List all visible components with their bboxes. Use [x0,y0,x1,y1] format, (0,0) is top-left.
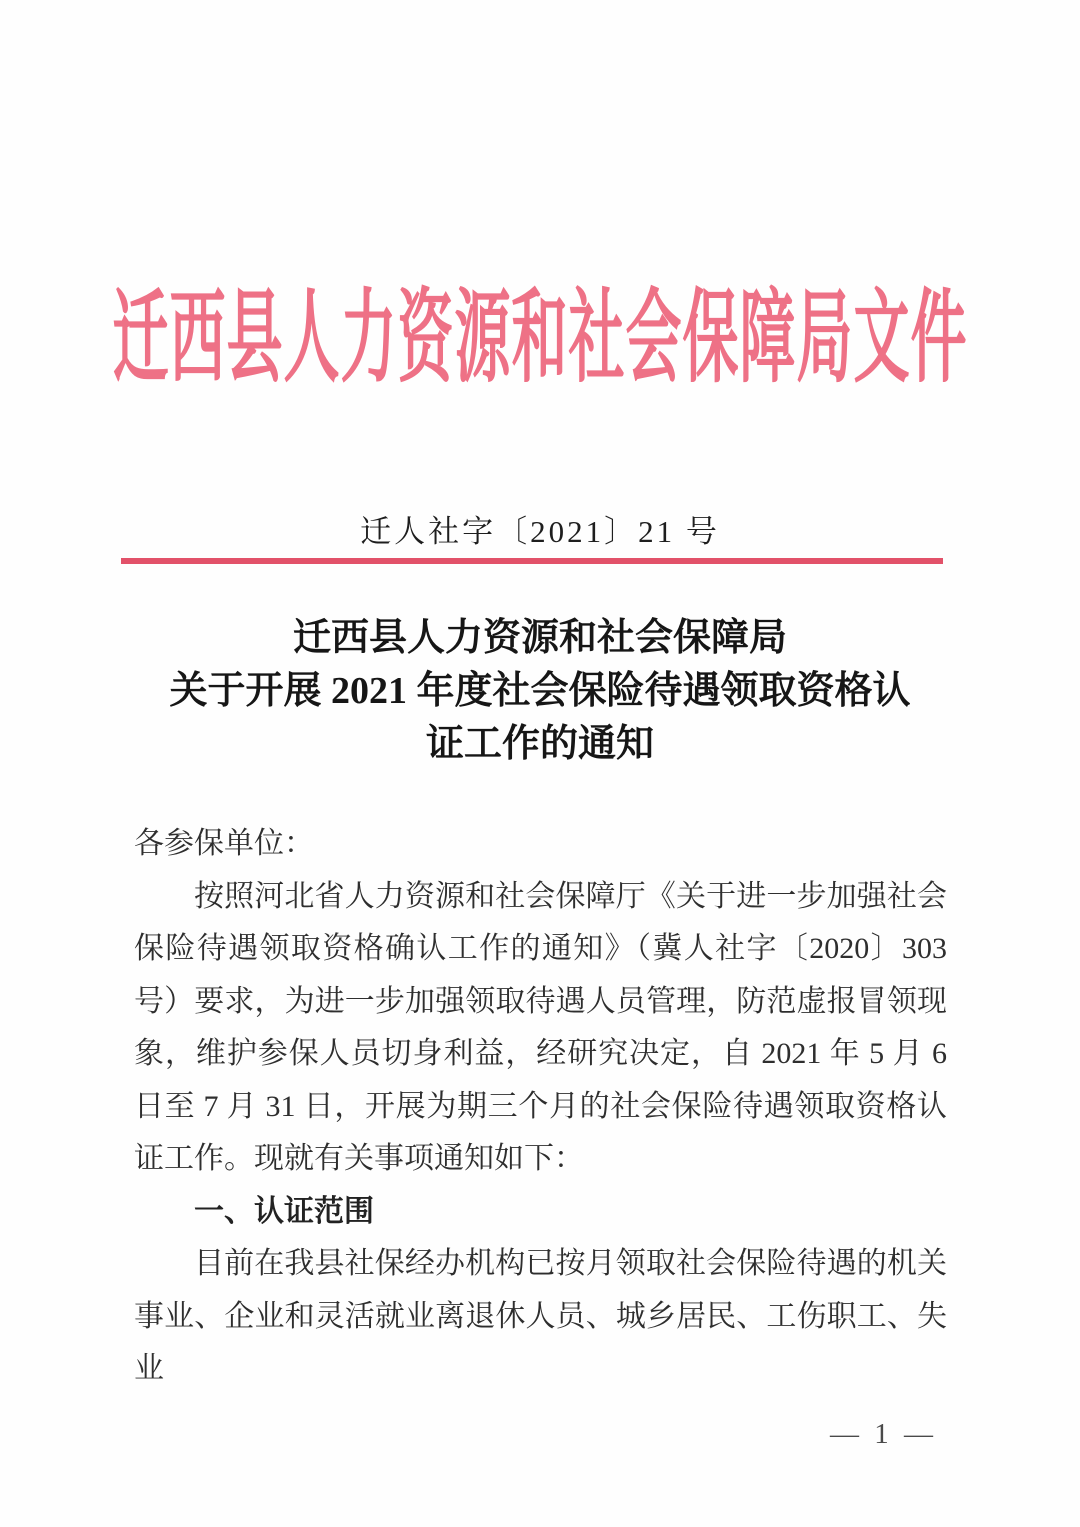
document-title-line-1: 迁西县人力资源和社会保障局 [70,612,1010,665]
section-1-paragraph: 目前在我县社保经办机构已按月领取社会保险待遇的机关事业、企业和灵活就业离退休人员… [134,1238,947,1396]
red-header-banner: 迁西县人力资源和社会保障局文件 [0,258,1080,408]
red-header-banner-title: 迁西县人力资源和社会保障局文件 [113,258,968,404]
intro-paragraph: 按照河北省人力资源和社会保障厅《关于进一步加强社会保险待遇领取资格确认工作的通知… [134,871,947,1186]
salutation: 各参保单位： [134,818,947,871]
document-body: 各参保单位： 按照河北省人力资源和社会保障厅《关于进一步加强社会保险待遇领取资格… [134,818,947,1396]
red-divider-rule [121,558,943,564]
document-title-line-3: 证工作的通知 [70,718,1010,771]
document-number: 迁人社字〔2021〕21 号 [0,506,1080,551]
document-title-line-2: 关于开展 2021 年度社会保险待遇领取资格认 [70,665,1010,718]
section-1-heading: 一、认证范围 [134,1186,947,1239]
page-number: — 1 — [830,1418,937,1451]
document-title: 迁西县人力资源和社会保障局 关于开展 2021 年度社会保险待遇领取资格认 证工… [70,612,1010,771]
document-page: 迁西县人力资源和社会保障局文件 迁人社字〔2021〕21 号 迁西县人力资源和社… [0,0,1080,1527]
